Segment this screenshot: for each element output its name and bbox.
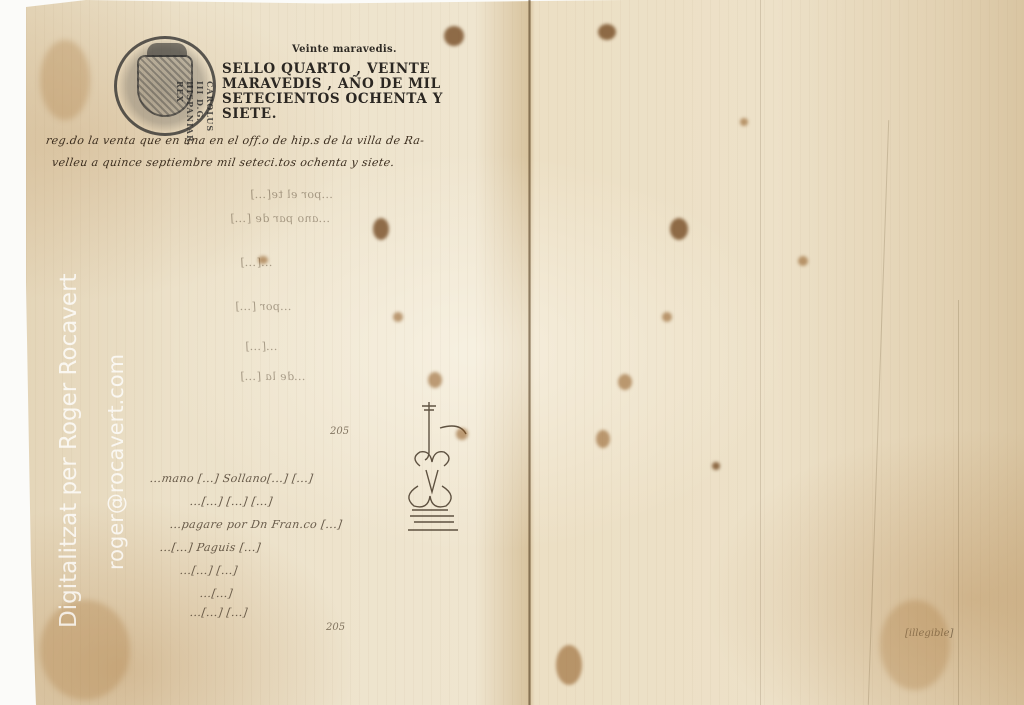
bleed-through-line: ...por [...] [234,300,293,313]
stamp-title: SELLO QUARTO , VEINTE MARAVEDIS , AÑO DE… [222,62,492,122]
stain [556,645,582,685]
bleed-through-line: ...[...] [239,256,274,269]
handwritten-line: reg.do la venta que en una en el off.o d… [45,134,425,147]
bleed-through-line: ...por el te[...] [249,188,334,201]
bleed-through-line: ...de la [...] [239,370,307,383]
stain [880,600,950,690]
bleed-through-line: ...[...] [244,340,279,353]
handwritten-line: ...[...] [...] [...] [189,495,274,508]
stain [596,430,610,448]
stain [40,600,130,700]
stain [740,118,748,126]
handwritten-line: ...[...] Paguis [...] [159,541,262,554]
page-number: 205 [330,426,349,437]
watermark-email: roger@rocavert.com [104,354,128,570]
stain [712,462,720,470]
stain [662,312,672,322]
handwritten-line: ...[...] [199,587,234,600]
handwritten-line: ...[...] [...] [189,606,249,619]
handwritten-line: ...[...] [...] [179,564,239,577]
stain [670,218,688,240]
stamp-title-line: SETECIENTOS OCHENTA Y [222,92,492,107]
stain [444,26,464,46]
stain [456,428,468,440]
notarial-signature-icon [400,400,510,565]
stain [598,24,616,40]
stain [428,372,442,388]
handwritten-line: velleu a quince septiembre mil seteci.to… [51,156,395,169]
paper-crease [958,300,959,705]
stamp-title-line: SELLO QUARTO , VEINTE [222,62,492,77]
stain [373,218,389,240]
stamp-header: Veinte maravedis. [292,44,397,55]
crown-icon [147,43,187,57]
bleed-through-line: ...ano par de [...] [229,212,331,225]
stain [393,312,403,322]
stain [258,256,268,264]
stamp-title-line: SIETE. [222,107,492,122]
paper-crease [760,0,761,705]
handwritten-line: ...mano [...] Sollano[...] [...] [149,472,314,485]
stain [618,374,632,390]
watermark-credit: Digitalitzat per Roger Rocavert [56,273,82,628]
stamp-title-line: MARAVEDIS , AÑO DE MIL [222,77,492,92]
center-fold [528,0,531,705]
stain [798,256,808,266]
stain [40,40,90,120]
royal-seal-stamp: CAROLUS III D.G. HISPANIAR. REX [114,36,216,136]
handwritten-line: ...pagare por Dn Fran.co [...] [169,518,343,531]
page-number: 205 [326,622,345,633]
